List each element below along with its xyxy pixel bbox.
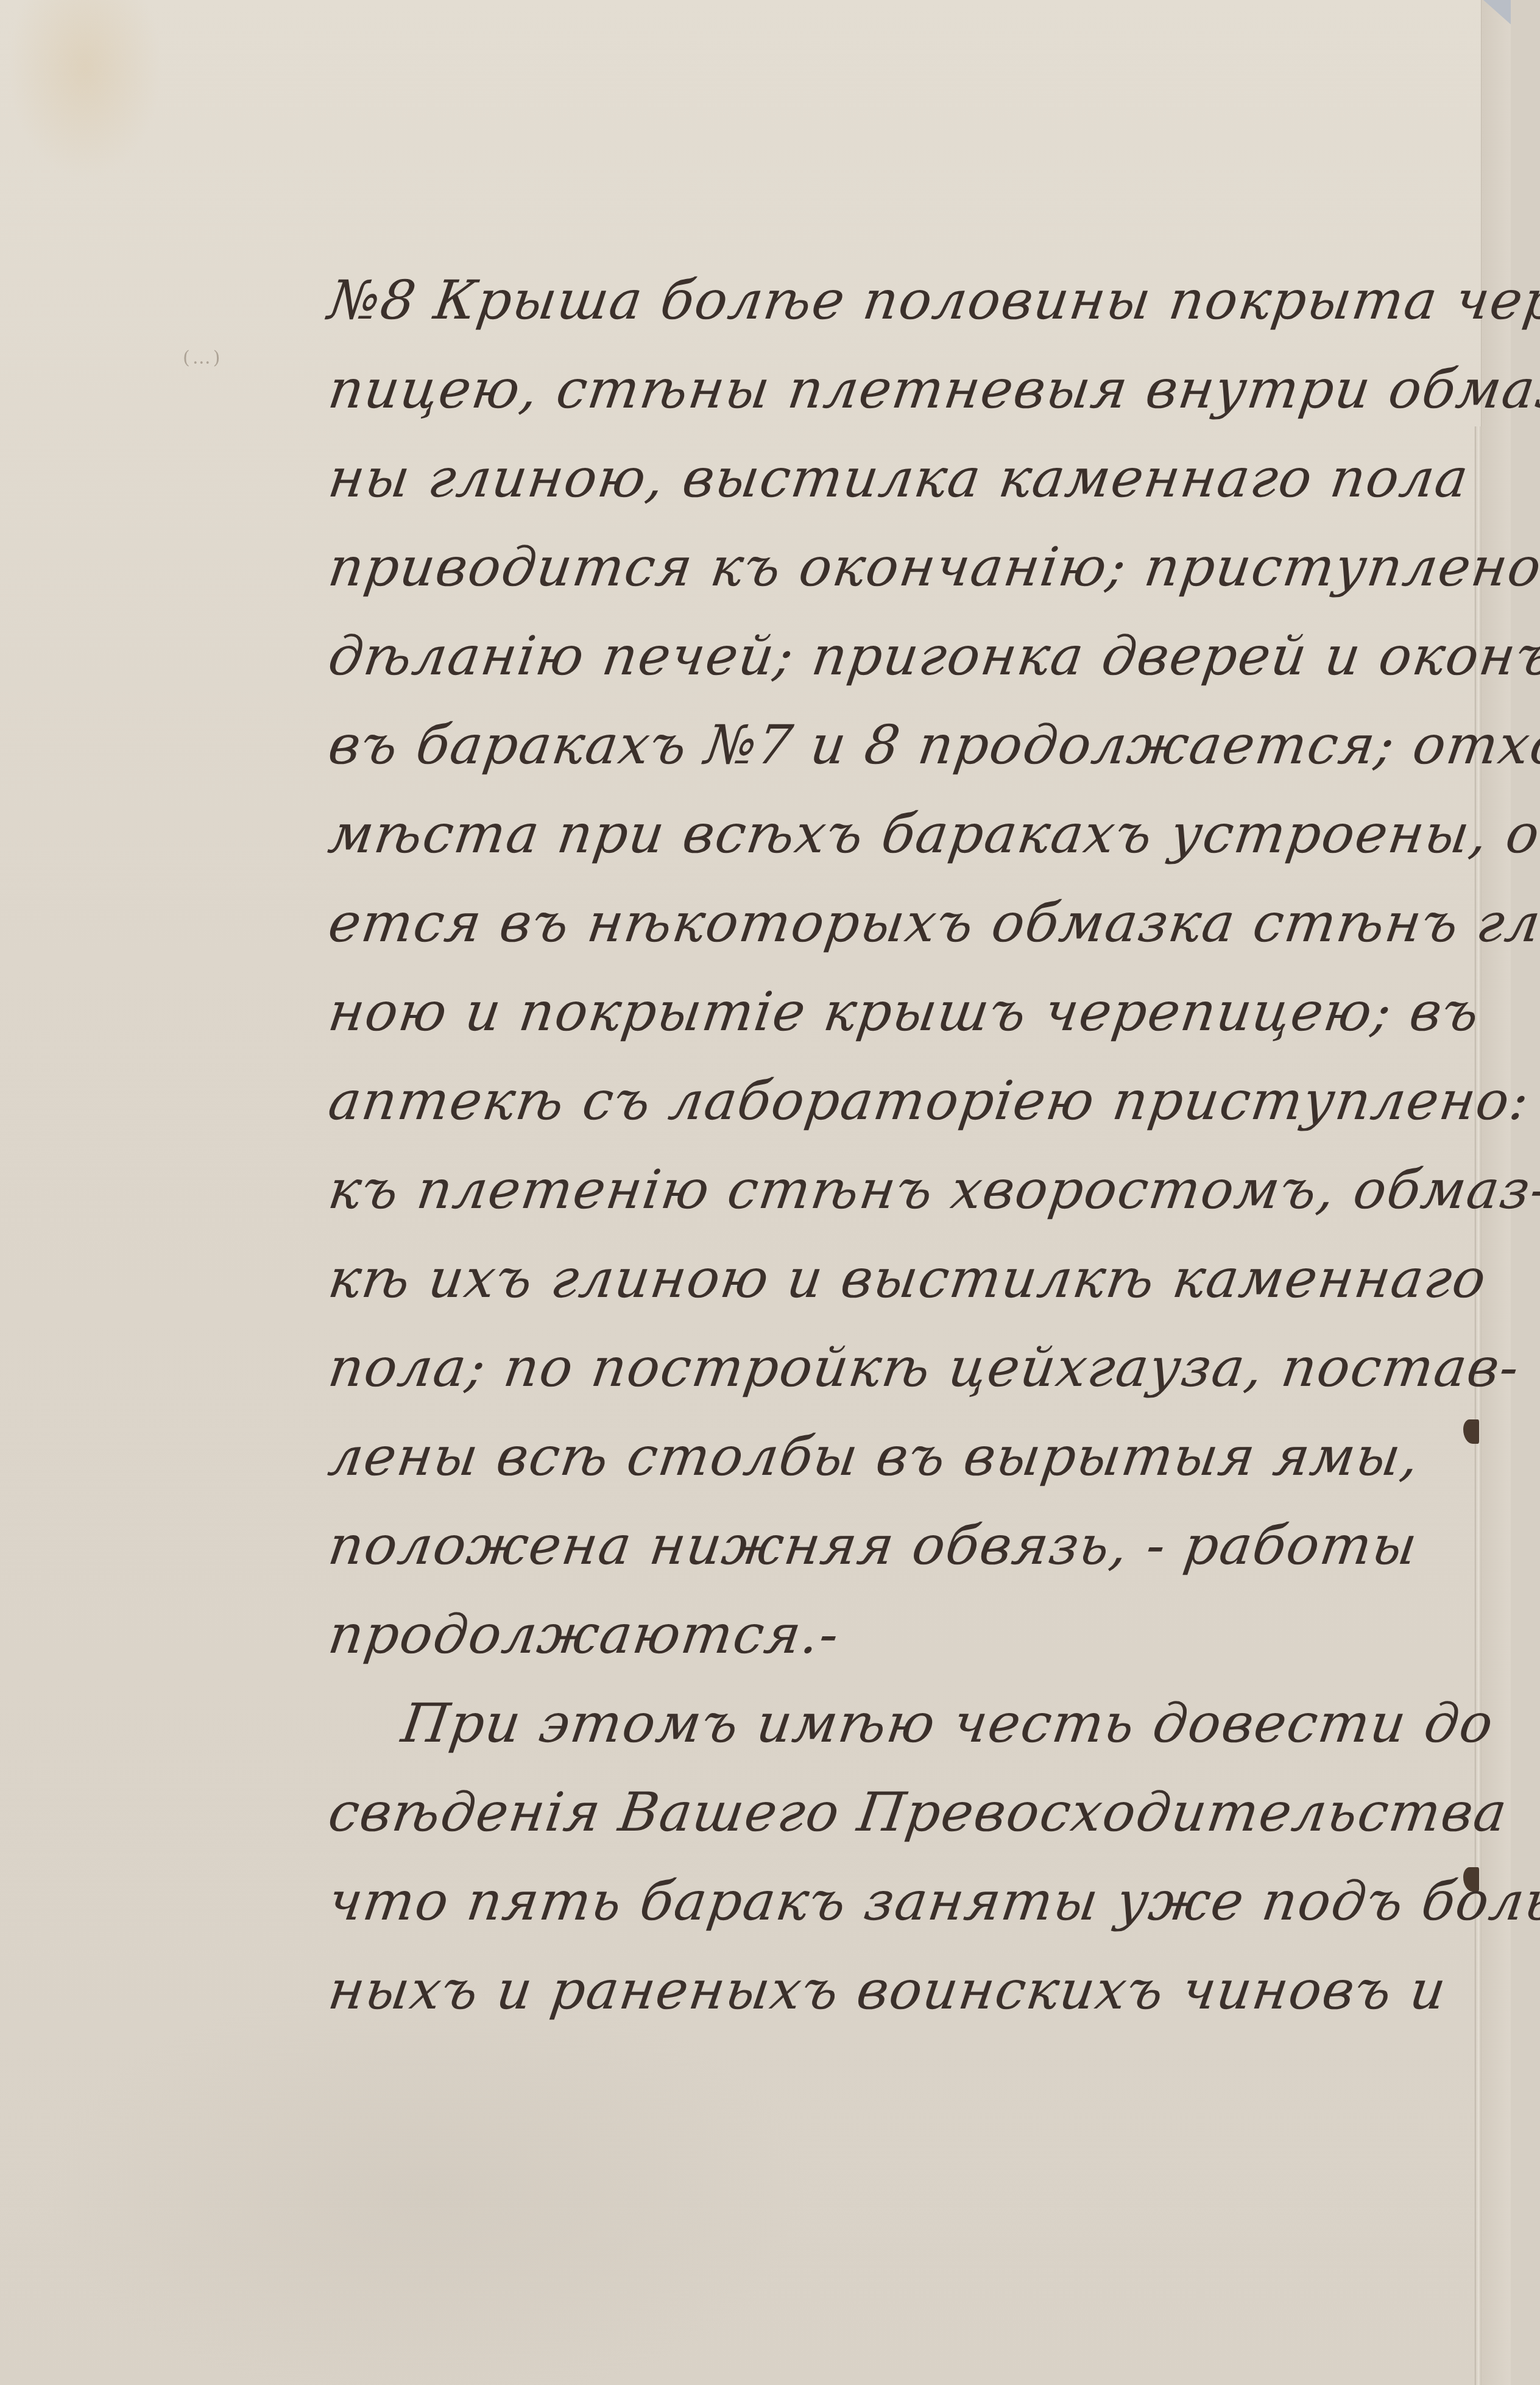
text-line: лены всѣ столбы въ вырытыя ямы,	[323, 1412, 1530, 1501]
text-line: ется въ нѣкоторыхъ обмазка стѣнъ гли-	[323, 878, 1530, 967]
faded-margin-mark: (…)	[183, 347, 222, 369]
text-line: пицею, стѣны плетневыя внутри обмаза-	[323, 345, 1530, 434]
text-line: мѣста при всѣхъ баракахъ устроены, оста-	[323, 790, 1530, 878]
text-line: къ плетенію стѣнъ хворостомъ, обмаз-	[323, 1145, 1530, 1234]
text-line: №8 Крыша болѣе половины покрыта чере-	[323, 256, 1530, 345]
text-line: ныхъ и раненыхъ воинскихъ чиновъ и	[323, 1946, 1530, 2035]
manuscript-page: (…) №8 Крыша болѣе половины покрыта чере…	[0, 0, 1511, 2385]
text-line: кѣ ихъ глиною и выстилкѣ каменнаго	[323, 1234, 1530, 1323]
text-line: положена нижняя обвязь, - работы	[323, 1501, 1530, 1590]
text-line: дѣланію печей; пригонка дверей и оконъ	[323, 612, 1530, 701]
text-line: свѣденія Вашего Превосходительства	[323, 1768, 1530, 1857]
text-line: При этомъ имѣю честь довести до	[323, 1679, 1530, 1768]
text-line: аптекѣ съ лабораторіею приступлено:	[323, 1056, 1530, 1145]
text-line: приводится къ окончанію; приступлено къ	[323, 523, 1530, 612]
paragraph-2: При этомъ имѣю честь довести до свѣденія…	[323, 1679, 1517, 2035]
text-line: ны глиною, выстилка каменнаго пола	[323, 434, 1530, 523]
handwritten-text: №8 Крыша болѣе половины покрыта чере- пи…	[323, 256, 1517, 2035]
text-line: продолжаются.-	[323, 1590, 1530, 1679]
text-line: ною и покрытіе крышъ черепицею; въ	[323, 967, 1530, 1056]
text-line: что пять баракъ заняты уже подъ боль-	[323, 1857, 1530, 1946]
text-line: въ баракахъ №7 и 8 продолжается; отхожія	[323, 701, 1530, 790]
text-line: пола; по постройкѣ цейхгауза, постав-	[323, 1323, 1530, 1412]
paragraph-1: №8 Крыша болѣе половины покрыта чере- пи…	[323, 256, 1517, 1679]
